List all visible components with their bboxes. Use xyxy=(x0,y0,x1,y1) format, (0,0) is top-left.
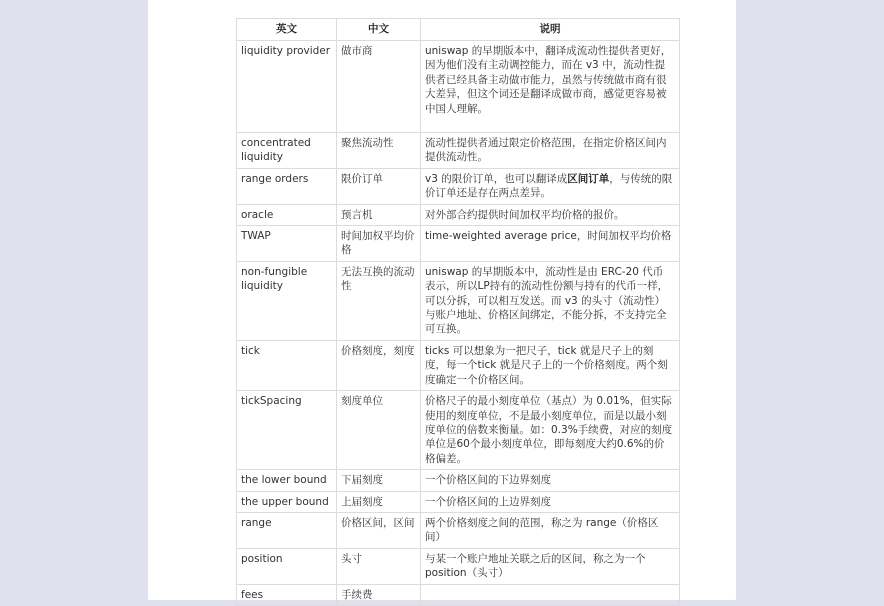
table-row: concentrated liquidity 聚焦流动性 流动性提供者通过限定价… xyxy=(237,133,680,169)
term-english: range xyxy=(237,512,337,548)
term-chinese: 下届刻度 xyxy=(337,470,421,491)
term-english: concentrated liquidity xyxy=(237,133,337,169)
term-description: v3 的限价订单，也可以翻译成区间订单，与传统的限价订单还是存在两点差异。 xyxy=(421,168,680,204)
term-english: oracle xyxy=(237,204,337,225)
table-row: tickSpacing 刻度单位 价格尺子的最小刻度单位（基点）为 0.01%，… xyxy=(237,391,680,470)
term-english: TWAP xyxy=(237,226,337,262)
term-description: 流动性提供者通过限定价格范围，在指定价格区间内提供流动性。 xyxy=(421,133,680,169)
glossary-table: 英文 中文 说明 liquidity provider 做市商 uniswap … xyxy=(236,18,680,600)
term-description xyxy=(421,584,680,600)
term-description: 价格尺子的最小刻度单位（基点）为 0.01%，但实际使用的刻度单位，不是最小刻度… xyxy=(421,391,680,470)
term-description: time-weighted average price，时间加权平均价格 xyxy=(421,226,680,262)
bold-term: 区间订单 xyxy=(567,173,609,185)
term-chinese: 时间加权平均价格 xyxy=(337,226,421,262)
table-row: the lower bound 下届刻度 一个价格区间的下边界刻度 xyxy=(237,470,680,491)
term-english: the upper bound xyxy=(237,491,337,512)
table-row: oracle 预言机 对外部合约提供时间加权平均价格的报价。 xyxy=(237,204,680,225)
table-row: non-fungible liquidity 无法互换的流动性 uniswap … xyxy=(237,261,680,340)
term-description: 与某一个账户地址关联之后的区间，称之为一个 position（头寸） xyxy=(421,548,680,584)
term-chinese: 上届刻度 xyxy=(337,491,421,512)
table-row: range orders 限价订单 v3 的限价订单，也可以翻译成区间订单，与传… xyxy=(237,168,680,204)
term-description: ticks 可以想象为一把尺子，tick 就是尺子上的刻度，每一个tick 就是… xyxy=(421,340,680,390)
term-english: the lower bound xyxy=(237,470,337,491)
table-row: position 头寸 与某一个账户地址关联之后的区间，称之为一个 positi… xyxy=(237,548,680,584)
term-english: fees xyxy=(237,584,337,600)
term-english: non-fungible liquidity xyxy=(237,261,337,340)
term-english: position xyxy=(237,548,337,584)
term-chinese: 限价订单 xyxy=(337,168,421,204)
term-description: 两个价格刻度之间的范围，称之为 range（价格区间） xyxy=(421,512,680,548)
header-english: 英文 xyxy=(237,19,337,41)
table-row: fees 手续费 xyxy=(237,584,680,600)
header-chinese: 中文 xyxy=(337,19,421,41)
table-row: liquidity provider 做市商 uniswap 的早期版本中，翻译… xyxy=(237,41,680,133)
term-chinese: 价格刻度，刻度 xyxy=(337,340,421,390)
table-row: TWAP 时间加权平均价格 time-weighted average pric… xyxy=(237,226,680,262)
term-chinese: 手续费 xyxy=(337,584,421,600)
document-page: 英文 中文 说明 liquidity provider 做市商 uniswap … xyxy=(148,0,736,600)
term-chinese: 无法互换的流动性 xyxy=(337,261,421,340)
table-row: tick 价格刻度，刻度 ticks 可以想象为一把尺子，tick 就是尺子上的… xyxy=(237,340,680,390)
term-chinese: 做市商 xyxy=(337,41,421,133)
term-english: tickSpacing xyxy=(237,391,337,470)
table-header-row: 英文 中文 说明 xyxy=(237,19,680,41)
term-description: 一个价格区间的下边界刻度 xyxy=(421,470,680,491)
term-chinese: 预言机 xyxy=(337,204,421,225)
term-chinese: 刻度单位 xyxy=(337,391,421,470)
term-english: liquidity provider xyxy=(237,41,337,133)
header-description: 说明 xyxy=(421,19,680,41)
term-description: 一个价格区间的上边界刻度 xyxy=(421,491,680,512)
term-chinese: 头寸 xyxy=(337,548,421,584)
term-description: 对外部合约提供时间加权平均价格的报价。 xyxy=(421,204,680,225)
term-english: tick xyxy=(237,340,337,390)
table-row: the upper bound 上届刻度 一个价格区间的上边界刻度 xyxy=(237,491,680,512)
term-description: uniswap 的早期版本中，流动性是由 ERC-20 代币表示，所以LP持有的… xyxy=(421,261,680,340)
table-row: range 价格区间，区间 两个价格刻度之间的范围，称之为 range（价格区间… xyxy=(237,512,680,548)
term-chinese: 聚焦流动性 xyxy=(337,133,421,169)
term-chinese: 价格区间，区间 xyxy=(337,512,421,548)
term-english: range orders xyxy=(237,168,337,204)
term-description: uniswap 的早期版本中，翻译成流动性提供者更好，因为他们没有主动调控能力，… xyxy=(421,41,680,133)
